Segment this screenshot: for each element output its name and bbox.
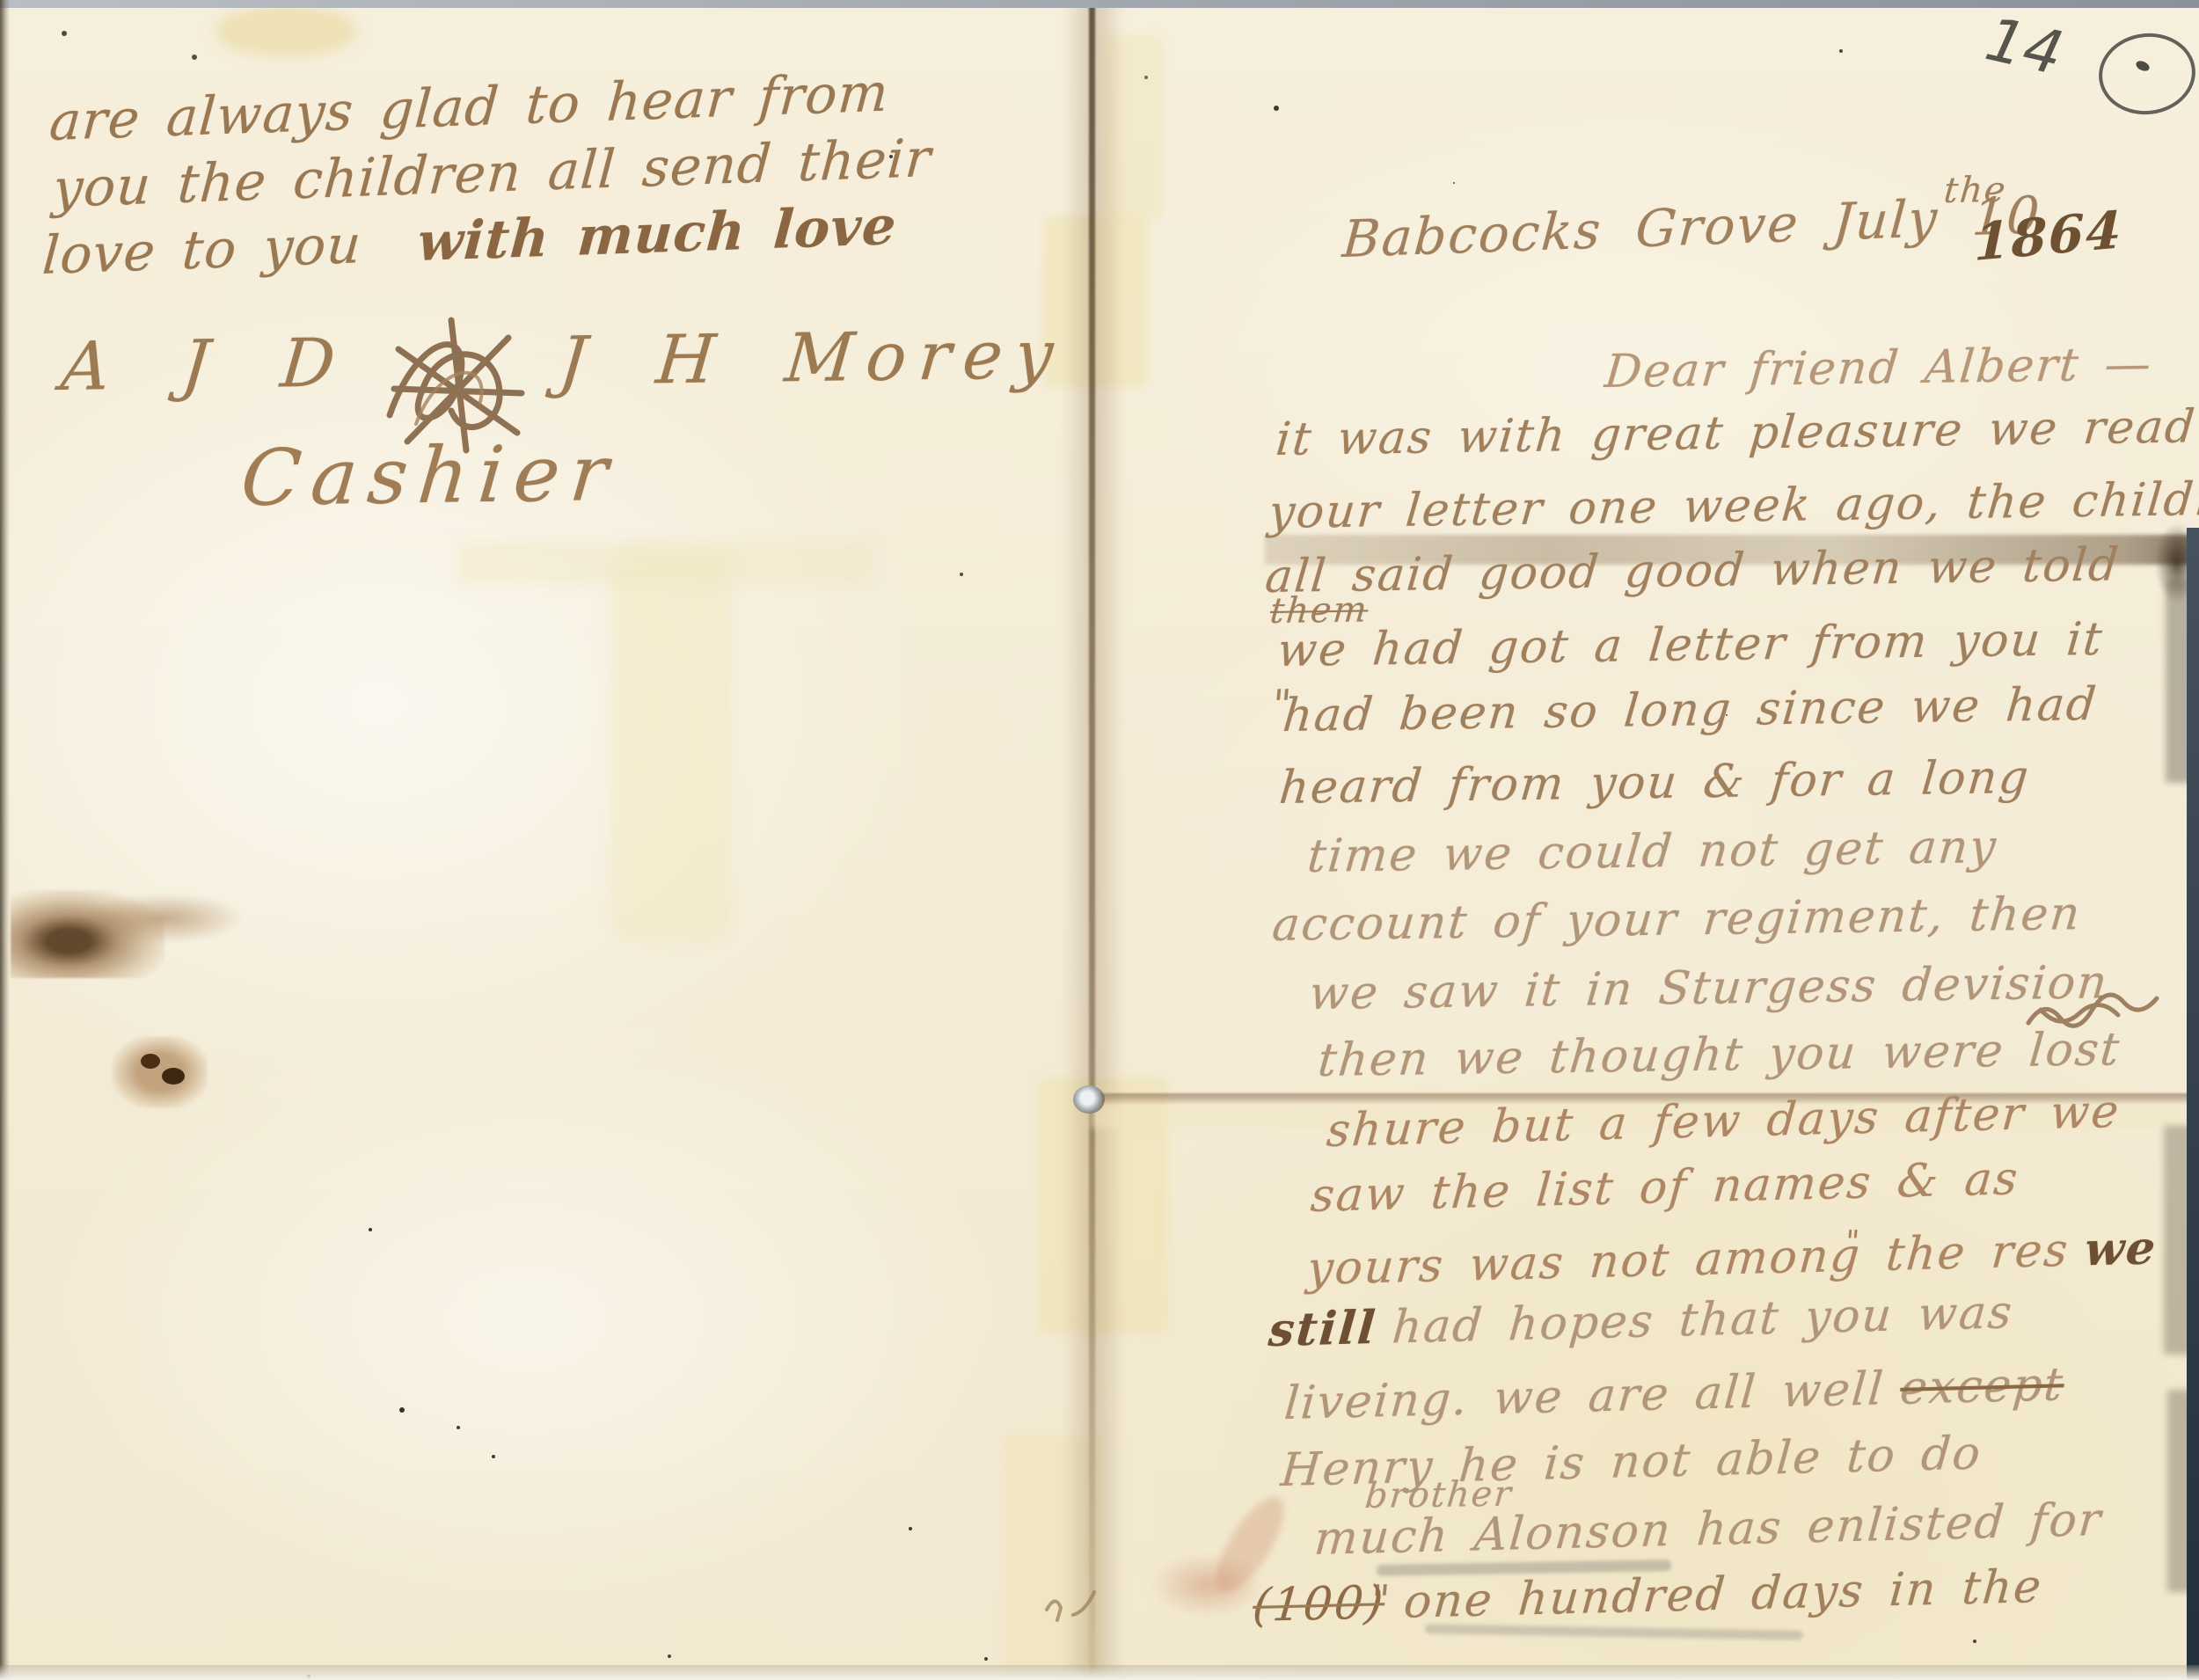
signature-initials: A J D [58, 323, 360, 405]
pin-hole-shine [1073, 1085, 1105, 1114]
ink-stain [84, 894, 243, 943]
body-line-text: yours was not among the res [1305, 1224, 2071, 1296]
scan-edge-right [2187, 528, 2199, 1680]
body-line: we had got a letter from you it [1275, 613, 2106, 677]
faint-pencil-mark [1040, 1583, 1101, 1624]
pencil-page-number: 14 [1979, 4, 2069, 89]
body-line: we saw it in Sturgess devision [1307, 956, 2111, 1020]
scan-edge-bottom [0, 1665, 2199, 1680]
dateline-ordinal: the [1942, 170, 2009, 211]
paper-specks [62, 31, 67, 36]
dateline-year: 1864 [1974, 200, 2123, 273]
body-line: all said good good when we told [1263, 538, 2122, 603]
signature-name: J H Morey [556, 315, 1069, 400]
body-line: your letter one week ago, the children [1267, 472, 2199, 539]
ink-stain-dot [162, 1068, 185, 1085]
ink-stain [113, 1036, 208, 1108]
pencil-circle-mark [2094, 28, 2199, 121]
salutation: Dear friend Albert — [1603, 338, 2155, 398]
body-line: time we could not get any [1305, 821, 1999, 883]
body-line: it was with great pleasure we read [1274, 400, 2198, 466]
letter-scan: are always glad to hear from you the chi… [0, 0, 2199, 1680]
retraced-word: we [2083, 1221, 2159, 1276]
correction-scribble [2023, 983, 2164, 1045]
body-line: yours was not among the reswe [1305, 1221, 2159, 1296]
struck-word: except [1898, 1358, 2066, 1415]
yellow-stain-band [611, 550, 730, 941]
fold-discoloration [457, 542, 871, 584]
ditto-insertion-mark: " [1844, 1224, 1862, 1260]
fold-crease-vertical [1089, 0, 1095, 1680]
struck-number: (100) [1251, 1576, 1387, 1633]
retraced-word: still [1267, 1301, 1378, 1357]
body-line: account of your regiment, then [1270, 887, 2084, 952]
body-line-text: had hopes that you was [1391, 1286, 2016, 1354]
body-line: had been so long since we had [1281, 678, 2100, 742]
letter-line-text: love to you [40, 214, 363, 287]
scan-edge-top [0, 0, 2199, 8]
body-line: stillhad hopes that you was [1267, 1285, 2015, 1357]
body-line: saw the list of names & as [1309, 1152, 2021, 1223]
body-line: (100)one hundred days in the [1251, 1560, 2044, 1633]
dateline: Babcocks Grove July 10 [1341, 185, 2043, 269]
yellow-stain [216, 5, 356, 56]
body-line: liveing. we are all wellexcept [1282, 1358, 2066, 1430]
ink-stain-dot [141, 1054, 160, 1069]
body-line: then we thought you were lost [1316, 1023, 2122, 1087]
scribbled-out-word [368, 310, 544, 459]
body-line-text: liveing. we are all well [1282, 1362, 1887, 1430]
scan-edge-left [0, 0, 10, 1680]
retraced-words: with much love [416, 195, 899, 274]
body-line: heard from you & for a long [1277, 751, 2032, 814]
